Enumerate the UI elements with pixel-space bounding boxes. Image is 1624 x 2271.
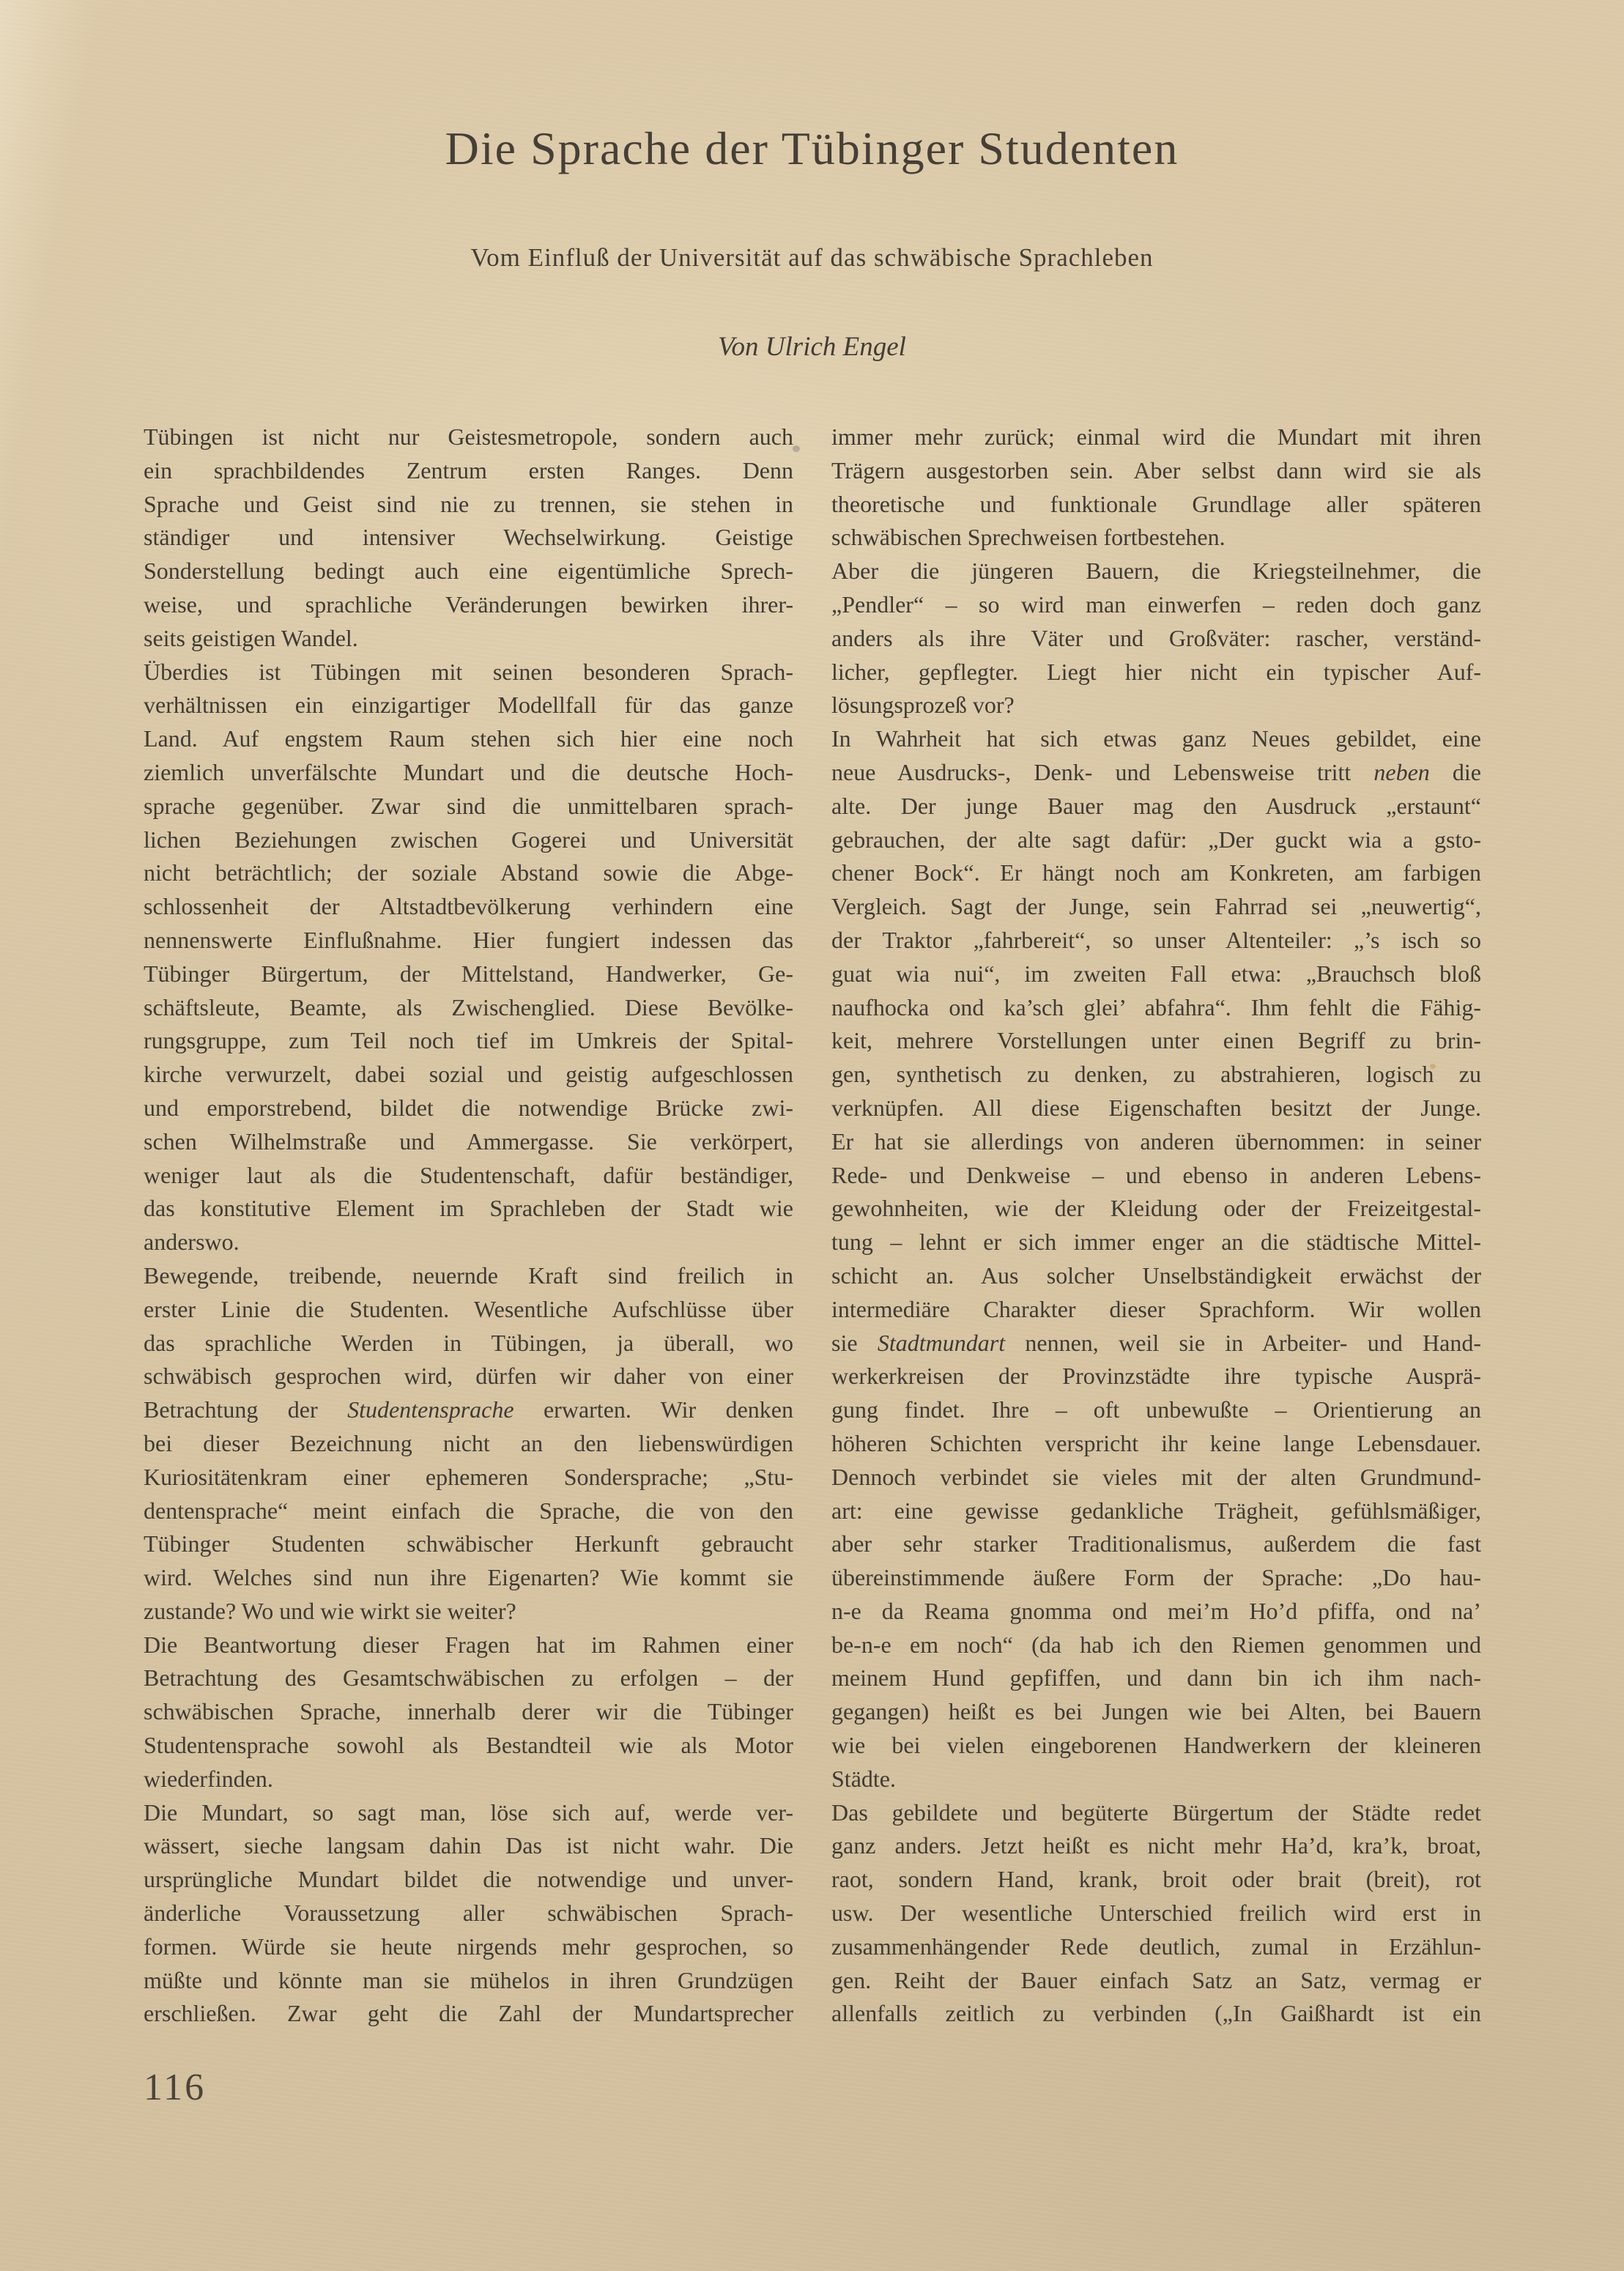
paper-speck <box>1430 1064 1436 1069</box>
text-line: ständiger und intensiver Wechselwirkung.… <box>144 521 793 555</box>
text-line: naufhocka ond ka’sch glei’ abfahra“. Ihm… <box>831 991 1481 1025</box>
text-line: alte. Der junge Bauer mag den Ausdruck „… <box>831 790 1481 823</box>
text-line: kirche verwurzelt, dabei sozial und geis… <box>144 1058 793 1092</box>
text-line: Trägern ausgestorben sein. Aber selbst d… <box>831 454 1481 488</box>
text-line: Sprache und Geist sind nie zu trennen, s… <box>144 488 793 522</box>
text-line: gegangen) heißt es bei Jungen wie bei Al… <box>831 1695 1481 1729</box>
text-line: schwäbischen Sprechweisen fortbestehen. <box>831 521 1481 555</box>
text-line: art: eine gewisse gedankliche Trägheit, … <box>831 1494 1481 1528</box>
text-line: formen. Würde sie heute nirgends mehr ge… <box>144 1930 793 1964</box>
text-line: Vergleich. Sagt der Junge, sein Fahrrad … <box>831 890 1481 924</box>
text-line: licher, gepflegter. Liegt hier nicht ein… <box>831 656 1481 689</box>
text-line: lichen Beziehungen zwischen Gogerei und … <box>144 823 793 857</box>
text-line: Dennoch verbindet sie vieles mit der alt… <box>831 1461 1481 1494</box>
text-line: Studentensprache sowohl als Bestandteil … <box>144 1729 793 1763</box>
text-line: werkerkreisen der Provinzstädte ihre typ… <box>831 1360 1481 1393</box>
text-line: immer mehr zurück; einmal wird die Munda… <box>831 421 1481 454</box>
text-line: das sprachliche Werden in Tübingen, ja ü… <box>144 1327 793 1360</box>
text-line: Betrachtung der Studentensprache erwarte… <box>144 1393 793 1427</box>
text-line: intermediäre Charakter dieser Sprachform… <box>831 1293 1481 1327</box>
text-line: schäftsleute, Beamte, als Zwischenglied.… <box>144 991 793 1025</box>
text-line: erster Linie die Studenten. Wesentliche … <box>144 1293 793 1327</box>
text-line: seits geistigen Wandel. <box>144 622 793 656</box>
text-line: theoretische und funktionale Grundlage a… <box>831 488 1481 522</box>
text-line: Betrachtung des Gesamtschwäbischen zu er… <box>144 1661 793 1695</box>
text-line: lösungsprozeß vor? <box>831 689 1481 722</box>
text-line: anderswo. <box>144 1226 793 1259</box>
text-line: Tübinger Bürgertum, der Mittelstand, Han… <box>144 957 793 991</box>
text-line: gen, synthetisch zu denken, zu abstrahie… <box>831 1058 1481 1092</box>
text-line: Kuriositätenkram einer ephemeren Sonders… <box>144 1461 793 1494</box>
text-line: übereinstimmende äußere Form der Sprache… <box>831 1561 1481 1595</box>
text-line: „Pendler“ – so wird man einwerfen – rede… <box>831 588 1481 622</box>
text-line: gung findet. Ihre – oft unbewußte – Orie… <box>831 1393 1481 1427</box>
text-line: neue Ausdrucks-, Denk- und Lebensweise t… <box>831 756 1481 790</box>
text-line: zustande? Wo und wie wirkt sie weiter? <box>144 1595 793 1629</box>
text-line: dentensprache“ meint einfach die Sprache… <box>144 1494 793 1528</box>
text-line: raot, sondern Hand, krank, broit oder br… <box>831 1863 1481 1897</box>
text-line: Aber die jüngeren Bauern, die Kriegsteil… <box>831 555 1481 588</box>
left-column: Tübingen ist nicht nur Geistesmetropole,… <box>144 421 793 2031</box>
article-title: Die Sprache der Tübinger Studenten <box>0 123 1624 174</box>
text-line: chener Bock“. Er hängt noch am Konkreten… <box>831 856 1481 890</box>
text-line: bei dieser Bezeichnung nicht an den lieb… <box>144 1427 793 1461</box>
text-line: wiederfinden. <box>144 1763 793 1796</box>
text-line: usw. Der wesentliche Unterschied freilic… <box>831 1897 1481 1930</box>
text-line: rungsgruppe, zum Teil noch tief im Umkre… <box>144 1024 793 1058</box>
scanned-page: Die Sprache der Tübinger Studenten Vom E… <box>0 0 1624 2271</box>
text-line: aber sehr starker Traditionalismus, auße… <box>831 1527 1481 1561</box>
text-line: müßte und könnte man sie mühelos in ihre… <box>144 1964 793 1998</box>
print-speck <box>793 445 800 452</box>
text-line: meinem Hund gepfiffen, und dann bin ich … <box>831 1661 1481 1695</box>
article-subtitle: Vom Einfluß der Universität auf das schw… <box>0 243 1624 273</box>
text-line: erschließen. Zwar geht die Zahl der Mund… <box>144 1997 793 2031</box>
text-line: wird. Welches sind nun ihre Eigenarten? … <box>144 1561 793 1595</box>
text-line: gewohnheiten, wie der Kleidung oder der … <box>831 1192 1481 1226</box>
text-line: zusammenhängender Rede deutlich, zumal i… <box>831 1930 1481 1964</box>
text-line: ursprüngliche Mundart bildet die notwend… <box>144 1863 793 1897</box>
text-line: Tübinger Studenten schwäbischer Herkunft… <box>144 1527 793 1561</box>
text-line: Sonderstellung bedingt auch eine eigentü… <box>144 555 793 588</box>
page-number: 116 <box>144 2066 206 2109</box>
text-line: Überdies ist Tübingen mit seinen besonde… <box>144 656 793 689</box>
text-line: sie Stadtmundart nennen, weil sie in Arb… <box>831 1327 1481 1360</box>
text-line: nennenswerte Einflußnahme. Hier fungiert… <box>144 924 793 957</box>
right-column: immer mehr zurück; einmal wird die Munda… <box>831 421 1481 2031</box>
text-line: allenfalls zeitlich zu verbinden („In Ga… <box>831 1997 1481 2031</box>
text-line: nicht beträchtlich; der soziale Abstand … <box>144 856 793 890</box>
text-line: weise, und sprachliche Veränderungen bew… <box>144 588 793 622</box>
text-line: guat wia nui“, im zweiten Fall etwa: „Br… <box>831 957 1481 991</box>
text-line: der Traktor „fahrbereit“, so unser Alten… <box>831 924 1481 957</box>
text-line: gebrauchen, der alte sagt dafür: „Der gu… <box>831 823 1481 857</box>
text-columns: Tübingen ist nicht nur Geistesmetropole,… <box>144 421 1481 2031</box>
text-line: wässert, sieche langsam dahin Das ist ni… <box>144 1829 793 1863</box>
text-line: änderliche Voraussetzung aller schwäbisc… <box>144 1897 793 1930</box>
text-line: Rede- und Denkweise – und ebenso in ande… <box>831 1159 1481 1193</box>
text-line: sprache gegenüber. Zwar sind die unmitte… <box>144 790 793 823</box>
text-line: Tübingen ist nicht nur Geistesmetropole,… <box>144 421 793 454</box>
text-line: ganz anders. Jetzt heißt es nicht mehr H… <box>831 1829 1481 1863</box>
text-line: wie bei vielen eingeborenen Handwerkern … <box>831 1729 1481 1763</box>
text-line: schlossenheit der Altstadtbevölkerung ve… <box>144 890 793 924</box>
text-line: schwäbischen Sprache, innerhalb derer wi… <box>144 1695 793 1729</box>
text-line: tung – lehnt er sich immer enger an die … <box>831 1226 1481 1259</box>
text-line: Bewegende, treibende, neuernde Kraft sin… <box>144 1259 793 1293</box>
text-line: Städte. <box>831 1763 1481 1796</box>
text-line: und emporstrebend, bildet die notwendige… <box>144 1092 793 1125</box>
text-line: ziemlich unverfälschte Mundart und die d… <box>144 756 793 790</box>
text-line: schen Wilhelmstraße und Ammergasse. Sie … <box>144 1125 793 1159</box>
text-line: weniger laut als die Studentenschaft, da… <box>144 1159 793 1193</box>
text-line: gen. Reiht der Bauer einfach Satz an Sat… <box>831 1964 1481 1998</box>
text-line: höheren Schichten verspricht ihr keine l… <box>831 1427 1481 1461</box>
text-line: n-e da Reama gnomma ond mei’m Ho’d pfiff… <box>831 1595 1481 1629</box>
text-line: schicht an. Aus solcher Unselbständigkei… <box>831 1259 1481 1293</box>
text-line: Das gebildete und begüterte Bürgertum de… <box>831 1796 1481 1830</box>
text-line: verknüpfen. All diese Eigenschaften besi… <box>831 1092 1481 1125</box>
text-line: das konstitutive Element im Sprachleben … <box>144 1192 793 1226</box>
text-line: anders als ihre Väter und Großväter: ras… <box>831 622 1481 656</box>
text-line: Land. Auf engstem Raum stehen sich hier … <box>144 722 793 756</box>
article-byline: Von Ulrich Engel <box>0 331 1624 363</box>
text-line: verhältnissen ein einzigartiger Modellfa… <box>144 689 793 722</box>
text-line: ein sprachbildendes Zentrum ersten Range… <box>144 454 793 488</box>
text-line: Die Mundart, so sagt man, löse sich auf,… <box>144 1796 793 1830</box>
text-line: be-n-e em noch“ (da hab ich den Riemen g… <box>831 1629 1481 1662</box>
text-line: keit, mehrere Vorstellungen unter einen … <box>831 1024 1481 1058</box>
text-line: In Wahrheit hat sich etwas ganz Neues ge… <box>831 722 1481 756</box>
text-line: Er hat sie allerdings von anderen überno… <box>831 1125 1481 1159</box>
text-line: schwäbisch gesprochen wird, dürfen wir d… <box>144 1360 793 1393</box>
text-line: Die Beantwortung dieser Fragen hat im Ra… <box>144 1629 793 1662</box>
